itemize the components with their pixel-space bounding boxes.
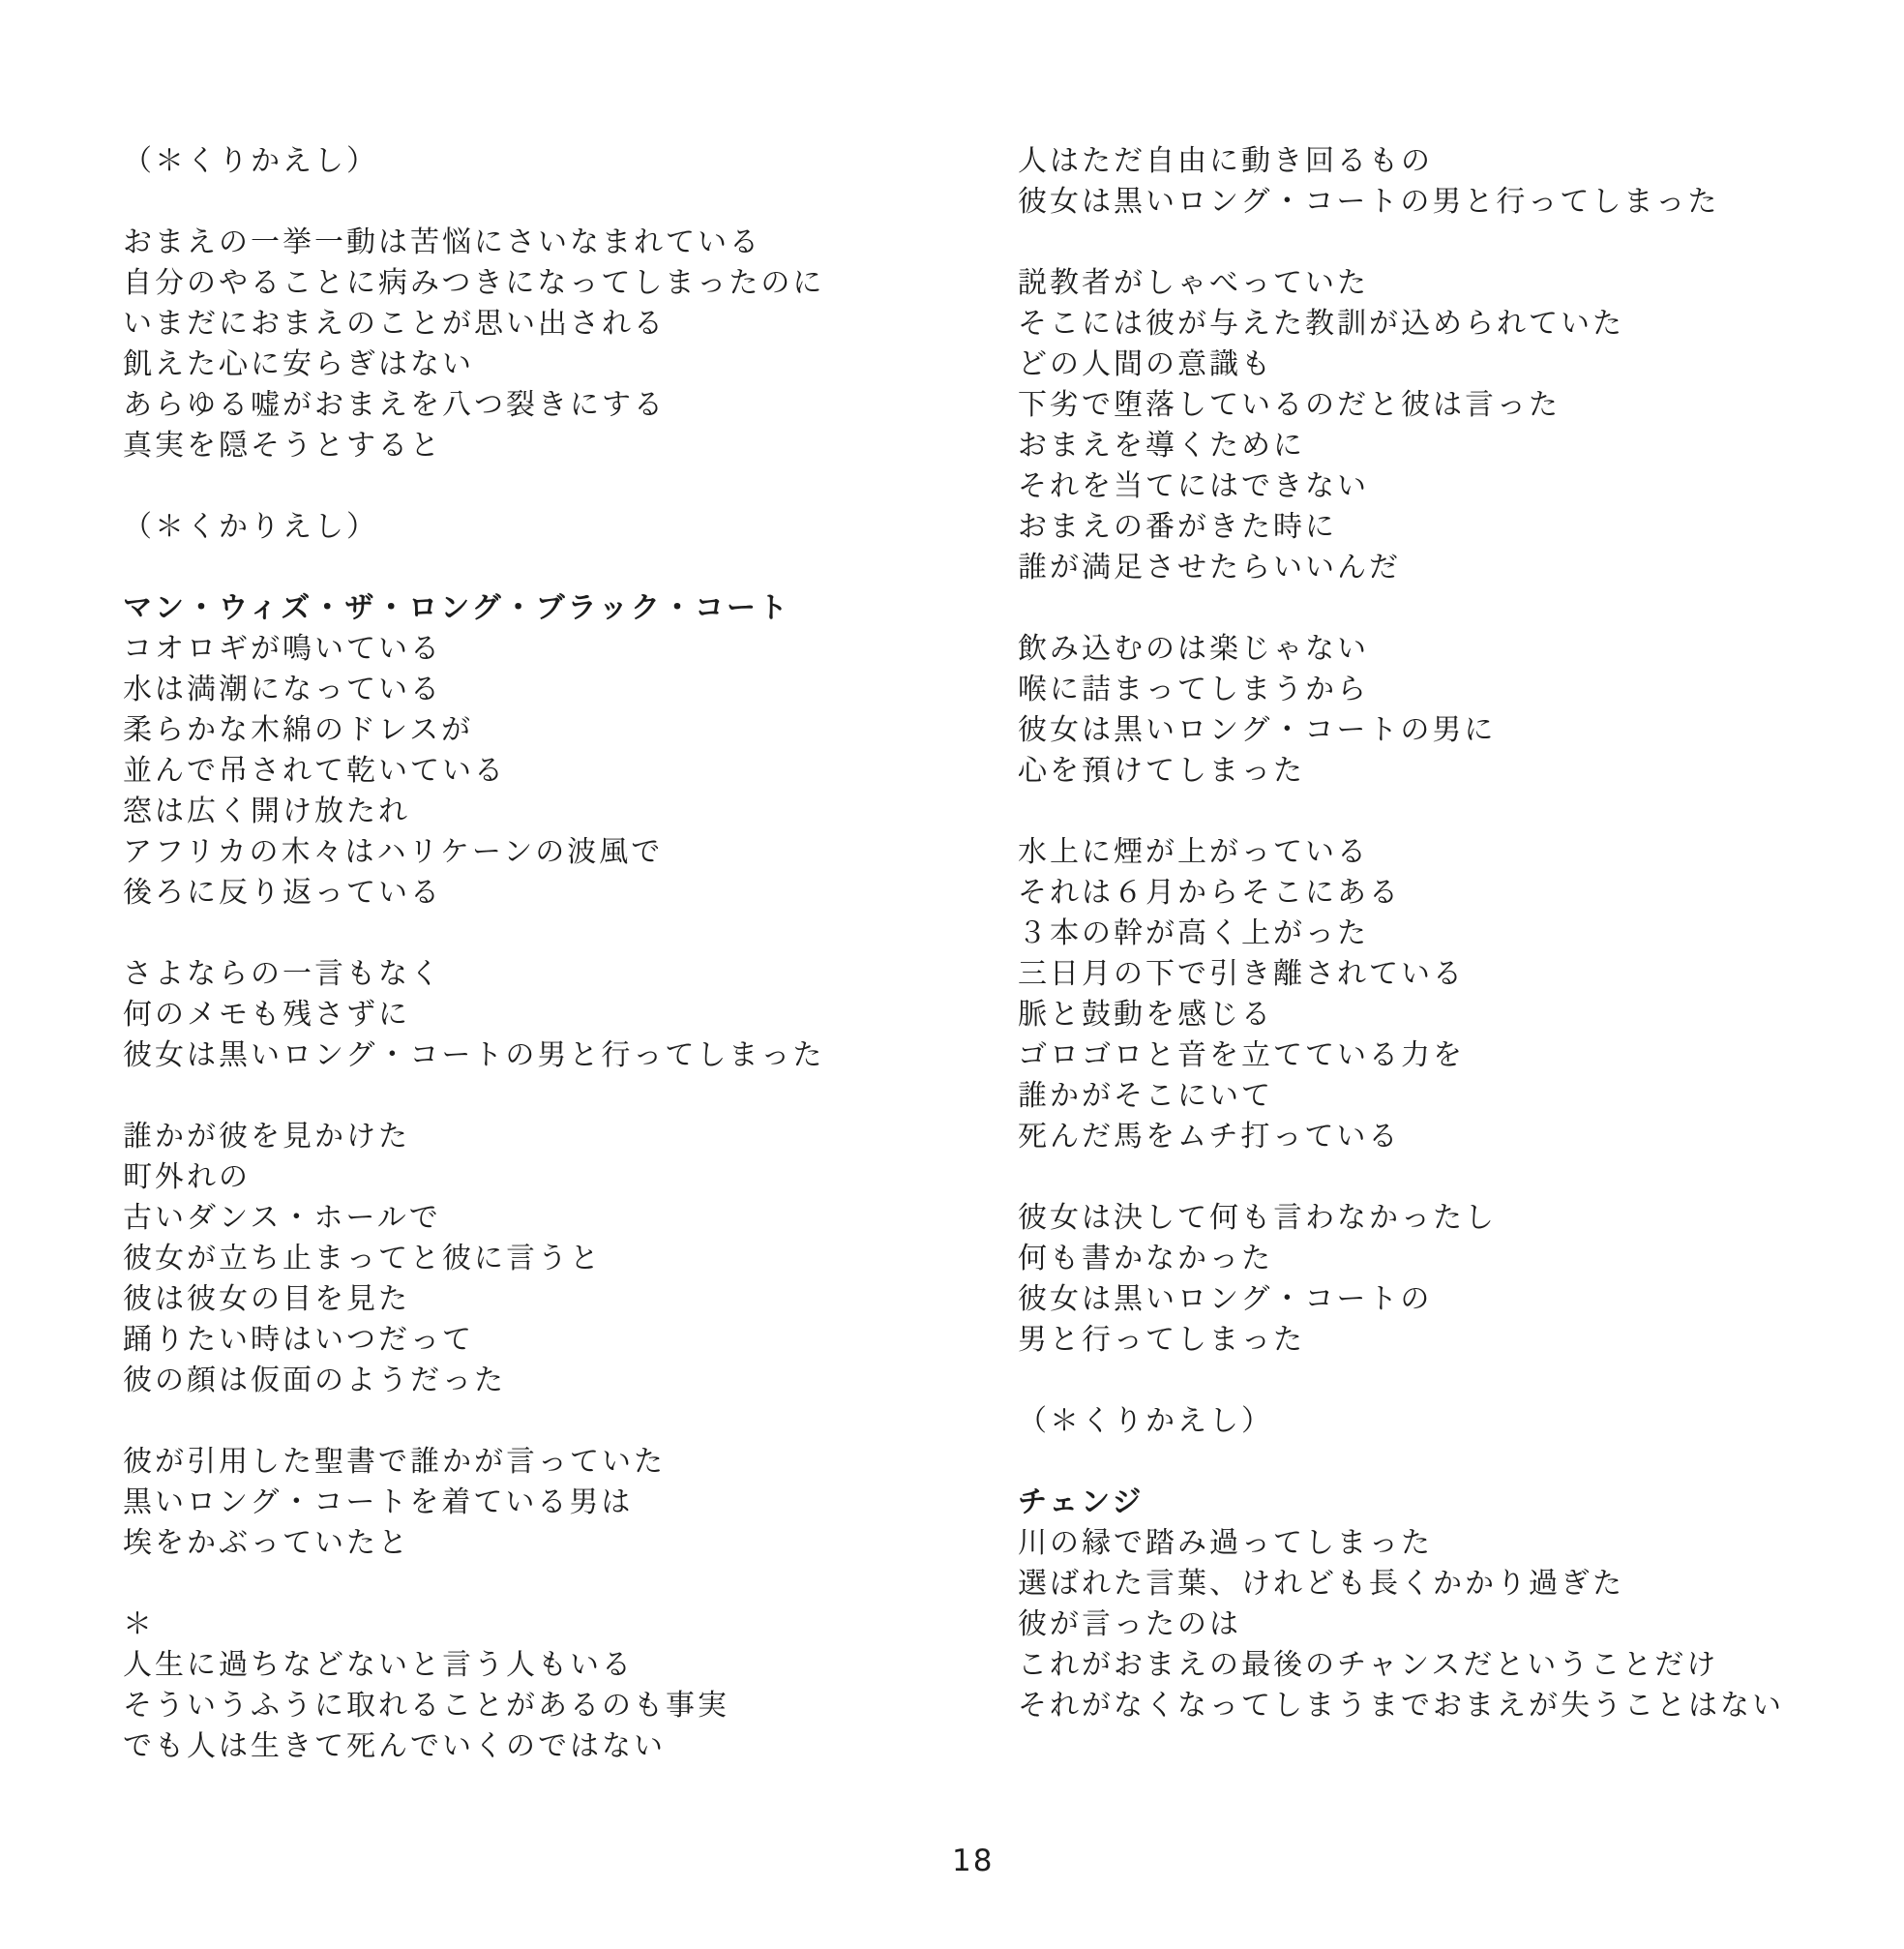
lyric-line: 飲み込むのは楽じゃない [1018,629,1889,670]
lyric-line: 誰かが彼を見かけた [123,1117,998,1157]
lyric-line: 選ばれた言葉、けれども長くかかり過ぎた [1018,1564,1889,1604]
lyric-line: 彼は彼女の目を見た [123,1279,998,1320]
lyric-line: 彼女は黒いロング・コートの男と行ってしまった [1018,182,1889,223]
lyric-line: 川の縁で踏み過ってしまった [1018,1523,1889,1564]
lyrics-column-left: （＊くりかえし）おまえの一挙一動は苦悩にさいなまれている自分のやることに病みつき… [123,141,998,1808]
lyric-line: 窓は広く開け放たれ [123,792,998,832]
stanza: 説教者がしゃべっていたそこには彼が与えた教訓が込められていたどの人間の意識も下劣… [1018,263,1889,588]
lyrics-column-right: 人はただ自由に動き回るもの彼女は黒いロング・コートの男と行ってしまった説教者がし… [1018,141,1889,1767]
lyric-line: 心を預けてしまった [1018,751,1889,792]
lyric-line: 彼の顔は仮面のようだった [123,1361,998,1401]
lyric-line: いまだにおまえのことが思い出される [123,304,998,345]
stanza: （＊くかりえし） [123,507,998,548]
lyric-line: （＊くかりえし） [123,507,998,548]
stanza: 誰かが彼を見かけた町外れの古いダンス・ホールで彼女が立ち止まってと彼に言うと彼は… [123,1117,998,1401]
lyric-line: 水上に煙が上がっている [1018,832,1889,873]
lyric-line: 喉に詰まってしまうから [1018,670,1889,710]
lyrics-page: （＊くりかえし）おまえの一挙一動は苦悩にさいなまれている自分のやることに病みつき… [0,0,1904,1949]
stanza: 水上に煙が上がっているそれは６月からそこにある３本の幹が高く上がった三日月の下で… [1018,832,1889,1157]
lyric-line: ＊ [123,1604,998,1645]
stanza: （＊くりかえし） [123,141,998,182]
lyric-line: 踊りたい時はいつだって [123,1320,998,1361]
lyric-line: そういうふうに取れることがあるのも事実 [123,1686,998,1726]
lyric-line: 黒いロング・コートを着ている男は [123,1483,998,1523]
lyric-line: 何のメモも残さずに [123,995,998,1035]
lyric-line: あらゆる嘘がおまえを八つ裂きにする [123,385,998,426]
lyric-line: おまえの番がきた時に [1018,507,1889,548]
lyric-line: さよならの一言もなく [123,954,998,995]
lyric-line: おまえの一挙一動は苦悩にさいなまれている [123,223,998,263]
stanza: 人はただ自由に動き回るもの彼女は黒いロング・コートの男と行ってしまった [1018,141,1889,223]
lyric-line: 三日月の下で引き離されている [1018,954,1889,995]
lyric-line: 誰かがそこにいて [1018,1076,1889,1117]
lyric-line: 町外れの [123,1157,998,1198]
stanza: （＊くりかえし） [1018,1401,1889,1442]
lyric-line: 自分のやることに病みつきになってしまったのに [123,263,998,304]
lyric-line: 埃をかぶっていたと [123,1523,998,1564]
lyric-line: 彼が言ったのは [1018,1604,1889,1645]
stanza: チェンジ川の縁で踏み過ってしまった選ばれた言葉、けれども長くかかり過ぎた彼が言っ… [1018,1483,1889,1726]
stanza: 彼女は決して何も言わなかったし何も書かなかった彼女は黒いロング・コートの男と行っ… [1018,1198,1889,1361]
lyric-line: コオロギが鳴いている [123,629,998,670]
lyric-line: 飢えた心に安らぎはない [123,345,998,385]
lyric-line: 並んで吊されて乾いている [123,751,998,792]
stanza: マン・ウィズ・ザ・ロング・ブラック・コートコオロギが鳴いている水は満潮になってい… [123,588,998,914]
stanza: 彼が引用した聖書で誰かが言っていた黒いロング・コートを着ている男は埃をかぶってい… [123,1442,998,1564]
song-title: マン・ウィズ・ザ・ロング・ブラック・コート [123,588,998,629]
lyric-line: ゴロゴロと音を立てている力を [1018,1035,1889,1076]
lyric-line: 後ろに反り返っている [123,873,998,914]
lyric-line: 水は満潮になっている [123,670,998,710]
song-title: チェンジ [1018,1483,1889,1523]
stanza: おまえの一挙一動は苦悩にさいなまれている自分のやることに病みつきになってしまった… [123,223,998,466]
lyric-line: 男と行ってしまった [1018,1320,1889,1361]
lyric-line: 脈と鼓動を感じる [1018,995,1889,1035]
lyric-line: 彼女は黒いロング・コートの男と行ってしまった [123,1035,998,1076]
lyric-line: 説教者がしゃべっていた [1018,263,1889,304]
lyric-line: 人はただ自由に動き回るもの [1018,141,1889,182]
lyric-line: 古いダンス・ホールで [123,1198,998,1239]
lyric-line: （＊くりかえし） [1018,1401,1889,1442]
lyric-line: 彼が引用した聖書で誰かが言っていた [123,1442,998,1483]
lyric-line: それがなくなってしまうまでおまえが失うことはない [1018,1686,1889,1726]
lyric-line: 彼女は決して何も言わなかったし [1018,1198,1889,1239]
lyric-line: 人生に過ちなどないと言う人もいる [123,1645,998,1686]
lyric-line: （＊くりかえし） [123,141,998,182]
lyric-line: それは６月からそこにある [1018,873,1889,914]
lyric-line: そこには彼が与えた教訓が込められていた [1018,304,1889,345]
stanza: 飲み込むのは楽じゃない喉に詰まってしまうから彼女は黒いロング・コートの男に心を預… [1018,629,1889,792]
lyric-line: 死んだ馬をムチ打っている [1018,1117,1889,1157]
lyric-line: これがおまえの最後のチャンスだということだけ [1018,1645,1889,1686]
lyric-line: 誰が満足させたらいいんだ [1018,548,1889,588]
stanza: ＊人生に過ちなどないと言う人もいるそういうふうに取れることがあるのも事実でも人は… [123,1604,998,1767]
lyric-line: 真実を隠そうとすると [123,426,998,466]
lyric-line: 柔らかな木綿のドレスが [123,710,998,751]
lyric-line: 何も書かなかった [1018,1239,1889,1279]
lyric-line: おまえを導くために [1018,426,1889,466]
lyric-line: でも人は生きて死んでいくのではない [123,1726,998,1767]
lyric-line: それを当てにはできない [1018,466,1889,507]
lyric-line: 彼女が立ち止まってと彼に言うと [123,1239,998,1279]
lyric-line: ３本の幹が高く上がった [1018,914,1889,954]
lyric-line: 彼女は黒いロング・コートの男に [1018,710,1889,751]
lyric-line: アフリカの木々はハリケーンの波風で [123,832,998,873]
lyric-line: 彼女は黒いロング・コートの [1018,1279,1889,1320]
page-number: 18 [952,1844,994,1878]
lyric-line: 下劣で堕落しているのだと彼は言った [1018,385,1889,426]
stanza: さよならの一言もなく何のメモも残さずに彼女は黒いロング・コートの男と行ってしまっ… [123,954,998,1076]
lyric-line: どの人間の意識も [1018,345,1889,385]
